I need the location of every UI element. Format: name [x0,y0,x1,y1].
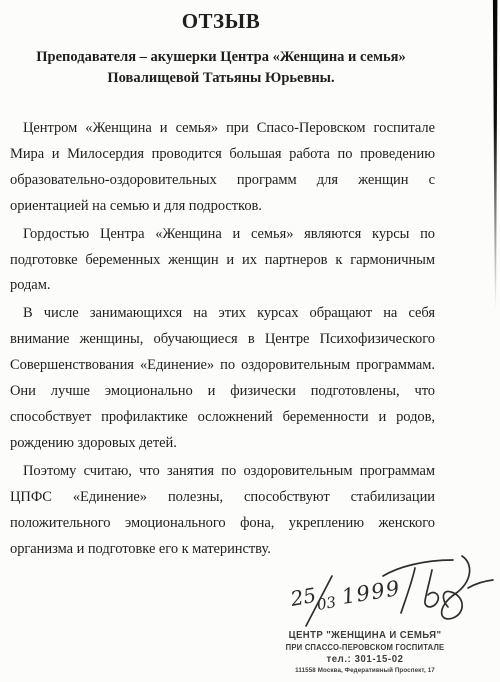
handwritten-date-year: 1999 [340,576,402,609]
text-line: Мира и Милосердия проводится большая раб… [10,142,435,168]
text-line: Они лучше эмоционально и физически подго… [10,379,435,405]
text-line: способствует профилактике осложнений бер… [10,405,435,431]
handwritten-date-month: 03 [316,593,338,614]
paragraph: Центром «Женщина и семья» при Спасо-Перо… [10,116,435,220]
paragraph: Гордостью Центра «Женщина и семья» являю… [10,222,435,300]
text-line: внимание женщины, обучающиеся в Центре П… [10,327,435,353]
paragraph: В числе занимающихся на этих курсах обра… [10,301,435,456]
text-line: В числе занимающихся на этих курсах обра… [10,301,435,327]
stamp-line: ПРИ СПАССО-ПЕРОВСКОМ ГОСПИТАЛЕ [257,642,472,653]
text-line: рождению здоровых детей. [10,431,435,457]
text-line: образовательно-оздоровительных программ … [10,168,435,194]
stamp: ЦЕНТР "ЖЕНЩИНА И СЕМЬЯ"ПРИ СПАССО-ПЕРОВС… [257,629,472,675]
text-line: Совершенствования «Единение» по оздорови… [10,353,435,379]
scanned-document-page: ОТЗЫВ Преподавателя – акушерки Центра «Ж… [0,0,500,682]
subtitle-line: Повалищевой Татьяны Юрьевны. [0,68,442,89]
text-line: Центром «Женщина и семья» при Спасо-Перо… [10,116,435,142]
handwritten-date-and-signature: 25 03 1999 [235,540,500,635]
stamp-line: тел.: 301-15-02 [257,653,472,666]
scan-artifact-line [492,0,498,310]
stamp-line: ЦЕНТР "ЖЕНЩИНА И СЕМЬЯ" [257,629,472,642]
text-line: ЦПФС «Единение» полезны, способствуют ст… [10,485,435,511]
subtitle-line: Преподавателя – акушерки Центра «Женщина… [0,47,442,68]
document-body: Центром «Женщина и семья» при Спасо-Перо… [0,116,435,562]
text-line: Гордостью Центра «Женщина и семья» являю… [10,222,435,248]
text-line: подготовке беременных женщин и их партне… [10,248,435,274]
handwritten-date-day: 25 [288,583,318,611]
document-subtitle: Преподавателя – акушерки Центра «Женщина… [0,47,442,88]
text-line: родам. [10,273,435,299]
text-line: ориентацией на семью и для подростков. [10,194,435,220]
text-line: положительного эмоционального фона, укре… [10,511,435,537]
document-title: ОТЗЫВ [0,0,442,34]
text-line: Поэтому считаю, что занятия по оздоровит… [10,459,435,485]
stamp-line: 111558 Москва, Федеративный Проспект, 17 [257,666,472,675]
